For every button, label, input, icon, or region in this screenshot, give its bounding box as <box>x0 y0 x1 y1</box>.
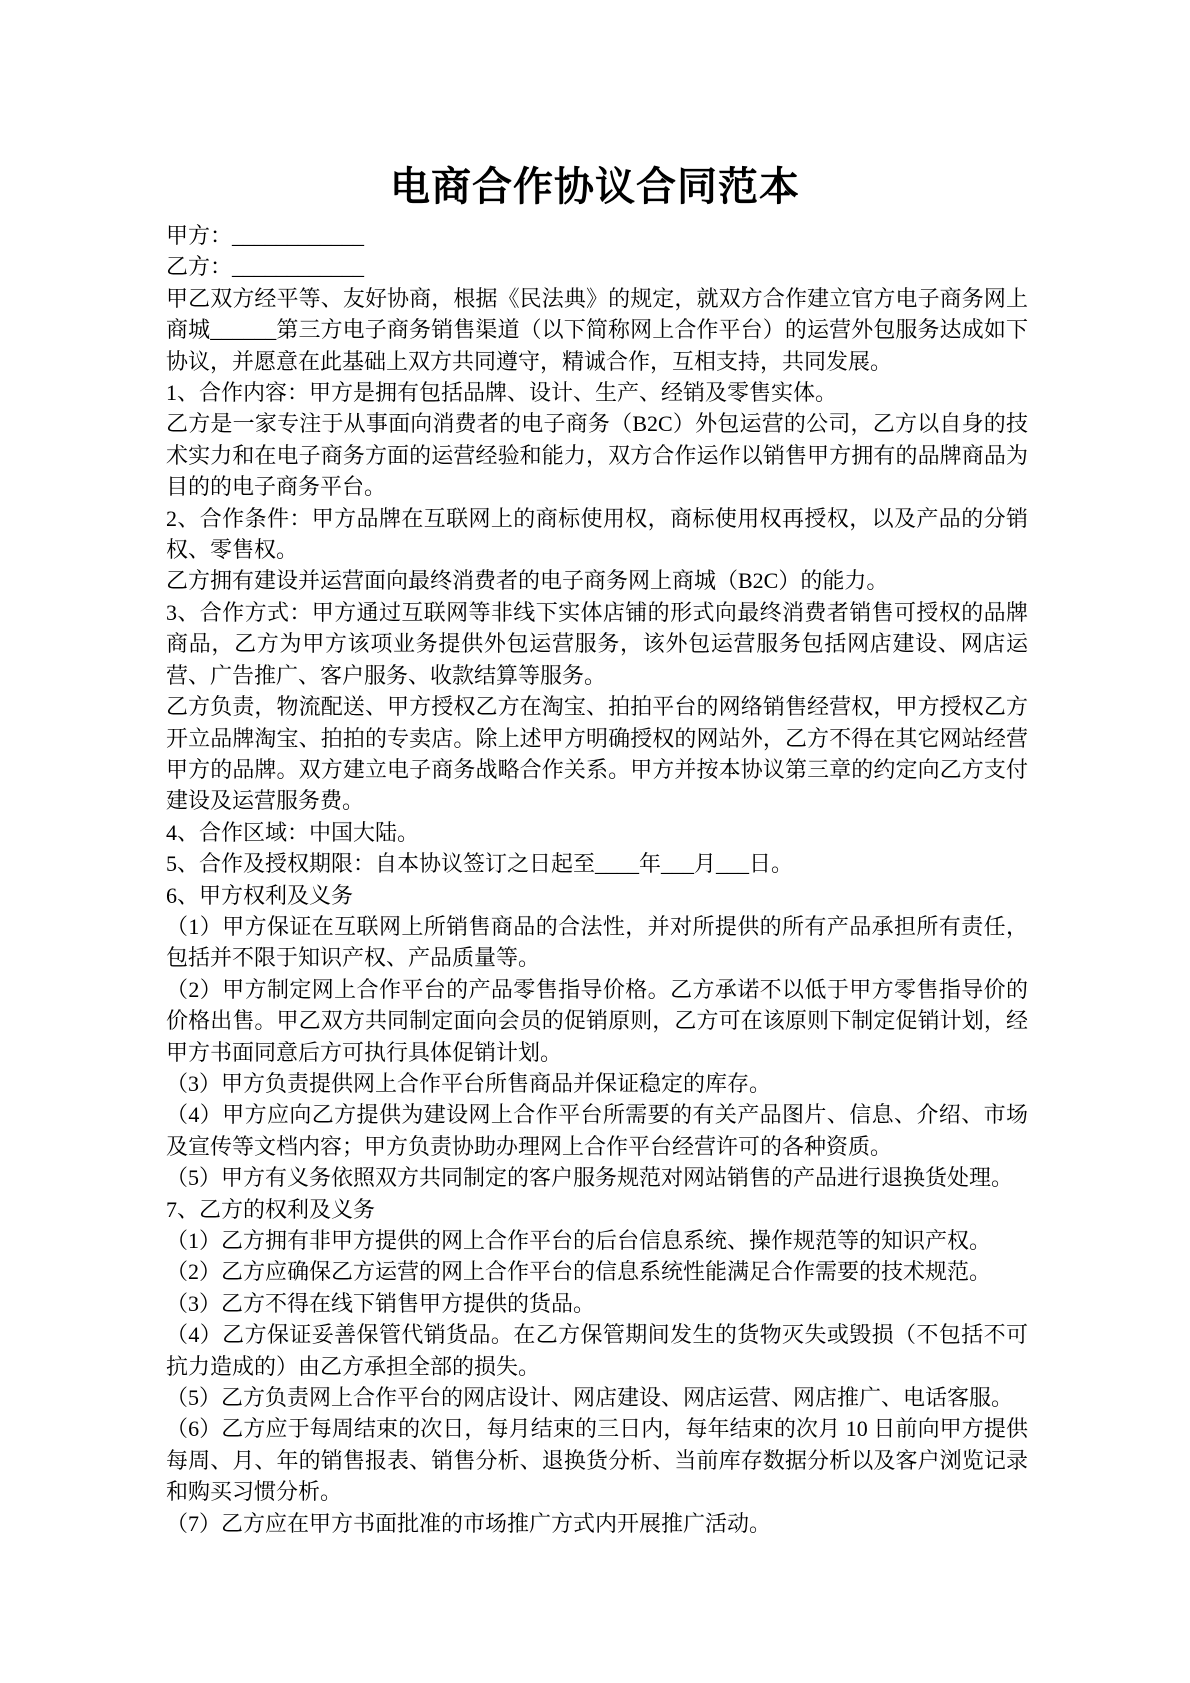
paragraph: （1）甲方保证在互联网上所销售商品的合法性，并对所提供的所有产品承担所有责任，包… <box>166 911 1028 974</box>
paragraph: 2、合作条件：甲方品牌在互联网上的商标使用权，商标使用权再授权，以及产品的分销权… <box>166 503 1028 566</box>
paragraph: 1、合作内容：甲方是拥有包括品牌、设计、生产、经销及零售实体。 <box>166 377 1028 408</box>
document-page: 电商合作协议合同范本 甲方：____________乙方：___________… <box>0 0 1190 1683</box>
paragraph: （1）乙方拥有非甲方提供的网上合作平台的后台信息系统、操作规范等的知识产权。 <box>166 1225 1028 1256</box>
document-title: 电商合作协议合同范本 <box>0 164 1190 210</box>
paragraph: 5、合作及授权期限：自本协议签订之日起至____年___月___日。 <box>166 848 1028 879</box>
paragraph: 6、甲方权利及义务 <box>166 880 1028 911</box>
paragraph: 3、合作方式：甲方通过互联网等非线下实体店铺的形式向最终消费者销售可授权的品牌商… <box>166 597 1028 691</box>
paragraph: （3）乙方不得在线下销售甲方提供的货品。 <box>166 1288 1028 1319</box>
party-b-label: 乙方： <box>166 254 232 279</box>
document-body: 甲方：____________乙方：____________ 甲乙双方经平等、友… <box>166 220 1028 1539</box>
paragraph: （7）乙方应在甲方书面批准的市场推广方式内开展推广活动。 <box>166 1508 1028 1539</box>
paragraph: （4）甲方应向乙方提供为建设网上合作平台所需要的有关产品图片、信息、介绍、市场及… <box>166 1099 1028 1162</box>
paragraph: （2）甲方制定网上合作平台的产品零售指导价格。乙方承诺不以低于甲方零售指导价的价… <box>166 974 1028 1068</box>
paragraph-list: 甲乙双方经平等、友好协商，根据《民法典》的规定，就双方合作建立官方电子商务网上商… <box>166 283 1028 1539</box>
party-a-label: 甲方： <box>166 223 232 248</box>
paragraph: （5）乙方负责网上合作平台的网店设计、网店建设、网店运营、网店推广、电话客服。 <box>166 1382 1028 1413</box>
party-a-line: 甲方：____________ <box>166 220 1028 251</box>
paragraph: （3）甲方负责提供网上合作平台所售商品并保证稳定的库存。 <box>166 1068 1028 1099</box>
paragraph: （2）乙方应确保乙方运营的网上合作平台的信息系统性能满足合作需要的技术规范。 <box>166 1256 1028 1287</box>
paragraph: 甲乙双方经平等、友好协商，根据《民法典》的规定，就双方合作建立官方电子商务网上商… <box>166 283 1028 377</box>
party-lines: 甲方：____________乙方：____________ <box>166 220 1028 283</box>
paragraph: 4、合作区域：中国大陆。 <box>166 817 1028 848</box>
paragraph: （6）乙方应于每周结束的次日，每月结束的三日内，每年结束的次月 10 日前向甲方… <box>166 1413 1028 1507</box>
party-b-blank: ____________ <box>232 254 364 279</box>
paragraph: （5）甲方有义务依照双方共同制定的客户服务规范对网站销售的产品进行退换货处理。 <box>166 1162 1028 1193</box>
paragraph: （4）乙方保证妥善保管代销货品。在乙方保管期间发生的货物灭失或毁损（不包括不可抗… <box>166 1319 1028 1382</box>
paragraph: 乙方负责，物流配送、甲方授权乙方在淘宝、拍拍平台的网络销售经营权，甲方授权乙方开… <box>166 691 1028 817</box>
party-b-line: 乙方：____________ <box>166 251 1028 282</box>
party-a-blank: ____________ <box>232 223 364 248</box>
paragraph: 7、乙方的权利及义务 <box>166 1194 1028 1225</box>
paragraph: 乙方拥有建设并运营面向最终消费者的电子商务网上商城（B2C）的能力。 <box>166 565 1028 596</box>
paragraph: 乙方是一家专注于从事面向消费者的电子商务（B2C）外包运营的公司，乙方以自身的技… <box>166 408 1028 502</box>
